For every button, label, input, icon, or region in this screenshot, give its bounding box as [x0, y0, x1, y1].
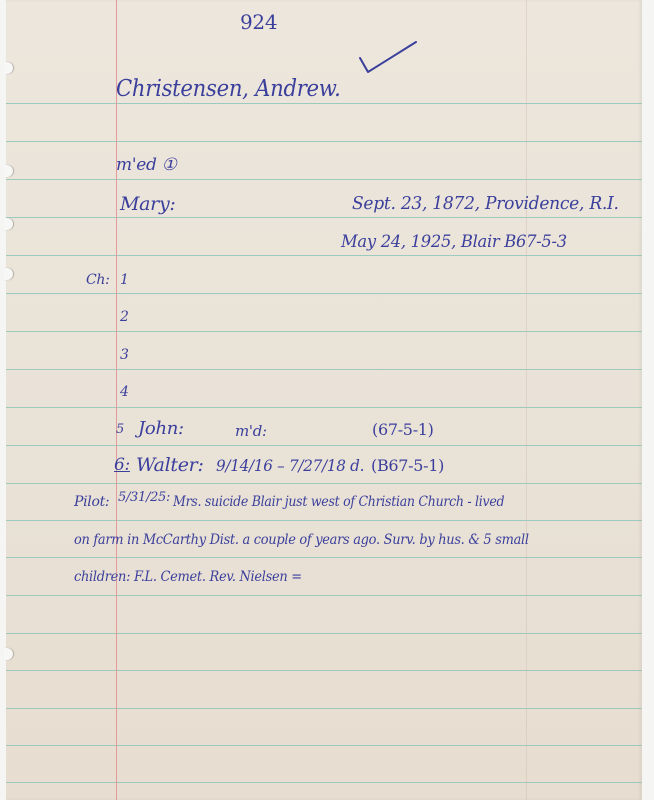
- child-number: 2: [120, 309, 129, 325]
- rule-line: [6, 557, 642, 558]
- rule-line: [6, 520, 642, 521]
- margin-line: [116, 0, 117, 800]
- rule-line: [6, 217, 642, 218]
- child-plot: (67-5-1): [372, 420, 434, 439]
- rule-line: [6, 670, 642, 671]
- ruled-paper: 924 Christensen, Andrew. m'ed ① Mary: Se…: [6, 0, 642, 800]
- rule-line: [6, 293, 642, 294]
- notes-line-1: Mrs. suicide Blair just west of Christia…: [173, 494, 504, 510]
- child-name: Walter:: [136, 454, 204, 476]
- paper-crease: [526, 0, 527, 800]
- binder-hole: [4, 648, 13, 660]
- rule-line: [6, 483, 642, 484]
- binder-hole: [4, 268, 13, 280]
- rule-line: [6, 255, 642, 256]
- rule-line: [6, 708, 642, 709]
- notes-date: 5/31/25:: [118, 490, 170, 505]
- spouse-death: May 24, 1925, Blair B67-5-3: [341, 232, 567, 252]
- scanned-page: 924 Christensen, Andrew. m'ed ① Mary: Se…: [0, 0, 654, 800]
- child-number: 3: [120, 347, 129, 363]
- rule-line: [6, 369, 642, 370]
- marriage-label: m'ed ①: [116, 155, 177, 175]
- rule-line: [6, 782, 642, 783]
- rule-line: [6, 445, 642, 446]
- child-plot: (B67-5-1): [371, 456, 444, 475]
- child-number: 1: [120, 272, 129, 288]
- rule-line: [6, 179, 642, 180]
- children-label: Ch:: [86, 272, 110, 288]
- child-number: 6:: [114, 455, 130, 475]
- spouse-name: Mary:: [120, 193, 176, 215]
- child-number: 5: [116, 422, 124, 437]
- rule-line: [6, 595, 642, 596]
- checkmark-icon: [358, 40, 418, 76]
- spouse-birth: Sept. 23, 1872, Providence, R.I.: [352, 193, 619, 214]
- rule-line: [6, 103, 642, 104]
- child-name: John:: [138, 418, 184, 439]
- binder-hole: [4, 62, 13, 74]
- child-note: m'd:: [235, 422, 267, 440]
- notes-line-3: children: F.L. Cemet. Rev. Nielsen =: [74, 569, 302, 585]
- rule-line: [6, 633, 642, 634]
- binder-hole: [4, 165, 13, 177]
- child-dates: 9/14/16 – 7/27/18 d.: [216, 456, 364, 475]
- record-number: 924: [240, 10, 277, 34]
- subject-name: Christensen, Andrew.: [116, 76, 341, 102]
- rule-line: [6, 407, 642, 408]
- rule-line: [6, 745, 642, 746]
- binder-hole: [4, 218, 13, 230]
- child-number: 4: [120, 384, 129, 400]
- rule-line: [6, 141, 642, 142]
- notes-source: Pilot:: [74, 494, 109, 510]
- rule-line: [6, 331, 642, 332]
- notes-line-2: on farm in McCarthy Dist. a couple of ye…: [74, 532, 529, 548]
